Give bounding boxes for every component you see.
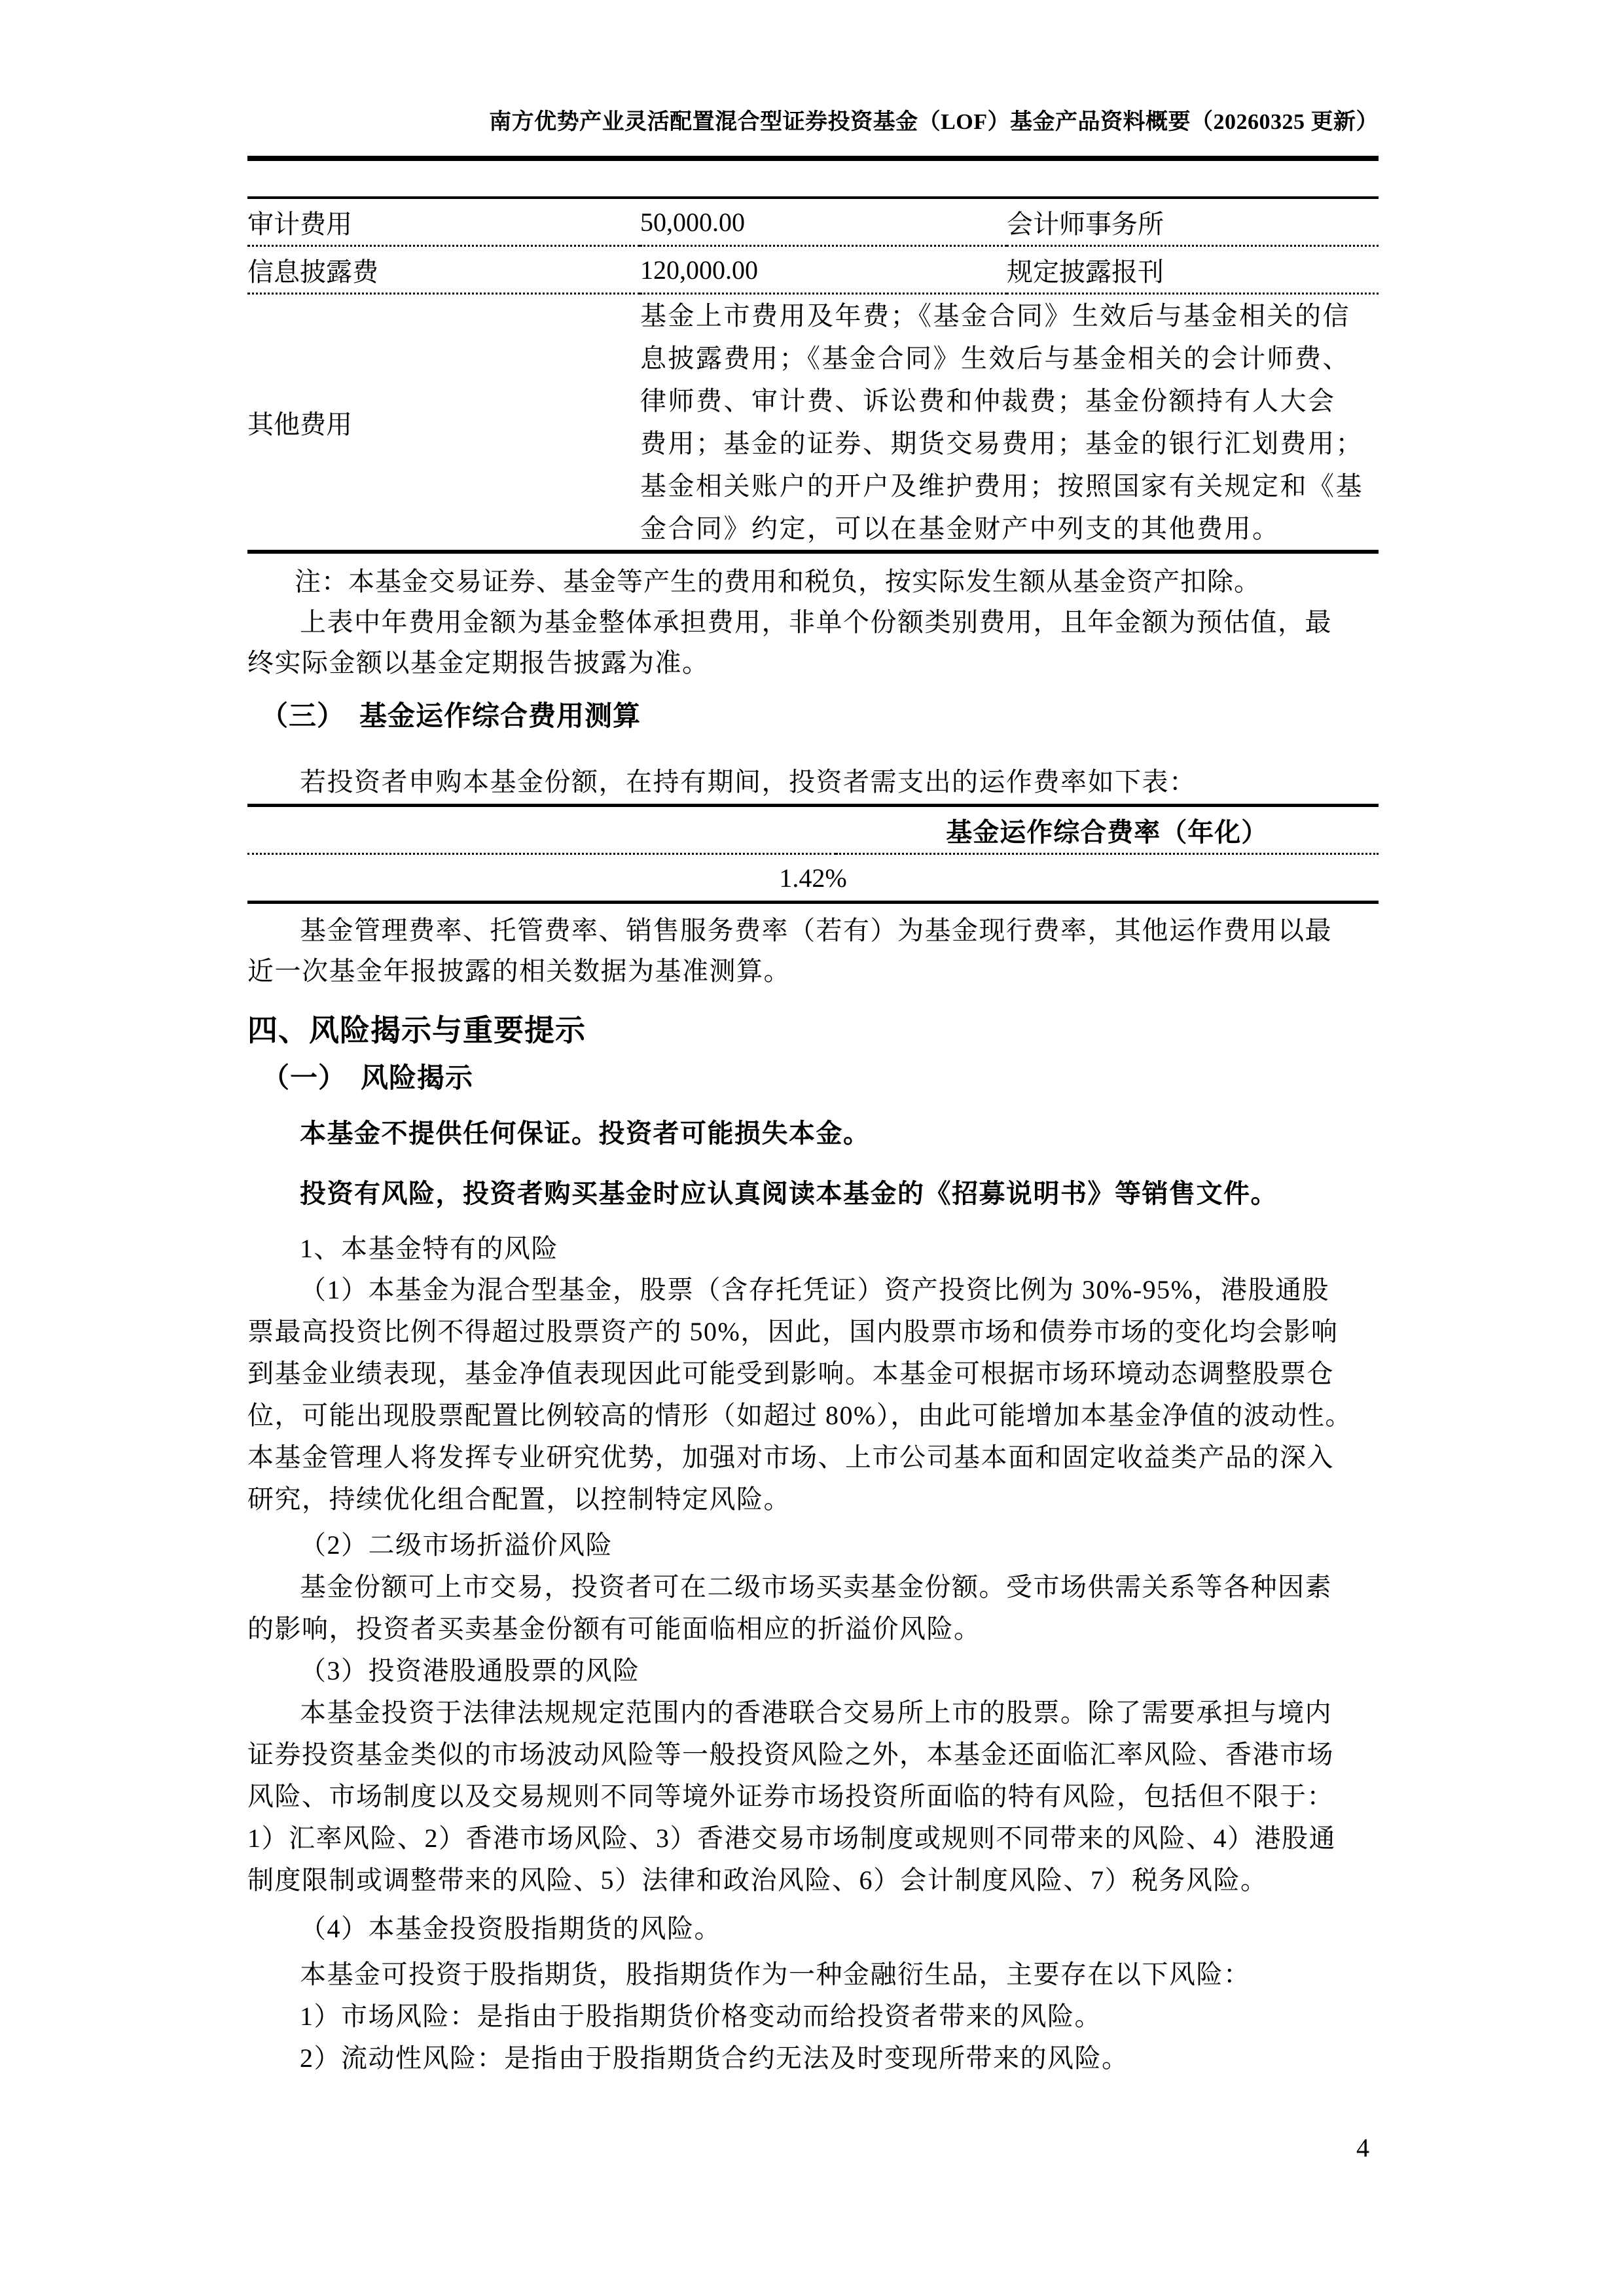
fee-table-note: 注：本基金交易证券、基金等产生的费用和税负，按实际发生额从基金资产扣除。 <box>247 562 1379 602</box>
fee-table-row-audit: 审计费用 50,000.00 会计师事务所 <box>247 198 1379 246</box>
fee-item-amount: 120,000.00 <box>640 246 1007 294</box>
section-heading-operation-cost: （三） 基金运作综合费用测算 <box>247 700 1379 733</box>
rate-value-cell: 1.42% <box>247 854 1379 903</box>
risk-warning-no-guarantee: 本基金不提供任何保证。投资者可能损失本金。 <box>247 1113 1379 1154</box>
rate-table-value-row: 1.42% <box>247 854 1379 903</box>
header-rule <box>247 156 1379 161</box>
risk-paragraph-2: 基金份额可上市交易，投资者可在二级市场买卖基金份额。受市场供需关系等各种因素 的… <box>247 1566 1379 1650</box>
risk-paragraph-3: 本基金投资于法律法规规定范围内的香港联合交易所上市的股票。除了需要承担与境内 证… <box>247 1692 1379 1901</box>
rate-blank-cell <box>247 806 836 854</box>
fee-table-row-disclosure: 信息披露费 120,000.00 规定披露报刊 <box>247 246 1379 294</box>
fee-table: 审计费用 50,000.00 会计师事务所 信息披露费 120,000.00 规… <box>247 196 1379 554</box>
fee-table-note-2: 上表中年费用金额为基金整体承担费用，非单个份额类别费用，且年金额为预估值，最 终… <box>247 602 1379 683</box>
fee-item-amount: 50,000.00 <box>640 198 1007 246</box>
rate-table-header-row: 基金运作综合费率（年化） <box>247 806 1379 854</box>
risk-paragraph-1: （1）本基金为混合型基金，股票（含存托凭证）资产投资比例为 30%-95%，港股… <box>247 1269 1379 1520</box>
fee-item-label: 其他费用 <box>247 294 640 552</box>
rate-table-intro: 若投资者申购本基金份额，在持有期间，投资者需支出的运作费率如下表： <box>247 762 1379 802</box>
risk-paragraph-4-item-1: 1）市场风险：是指由于股指期货价格变动而给投资者带来的风险。 <box>247 1996 1379 2037</box>
page-number: 4 <box>1356 2132 1369 2164</box>
risk-item-1-title: 1、本基金特有的风险 <box>247 1229 1379 1269</box>
risk-warning-read-prospectus: 投资有风险，投资者购买基金时应认真阅读本基金的《招募说明书》等销售文件。 <box>247 1174 1379 1214</box>
subsection-heading-risk: （一） 风险揭示 <box>247 1062 1379 1095</box>
risk-item-3-title: （3）投资港股通股票的风险 <box>247 1650 1379 1692</box>
risk-paragraph-4-intro: 本基金可投资于股指期货，股指期货作为一种金融衍生品，主要存在以下风险： <box>247 1954 1379 1996</box>
document-page: 南方优势产业灵活配置混合型证券投资基金（LOF）基金产品资料概要（2026032… <box>0 0 1624 2296</box>
risk-paragraph-4-item-2: 2）流动性风险：是指由于股指期货合约无法及时变现所带来的风险。 <box>247 2037 1379 2079</box>
fee-item-description: 基金上市费用及年费；《基金合同》生效后与基金相关的信 息披露费用；《基金合同》生… <box>640 294 1379 552</box>
risk-item-2-title: （2）二级市场折溢价风险 <box>247 1524 1379 1566</box>
fee-table-row-other: 其他费用 基金上市费用及年费；《基金合同》生效后与基金相关的信 息披露费用；《基… <box>247 294 1379 552</box>
rate-table-note: 基金管理费率、托管费率、销售服务费率（若有）为基金现行费率，其他运作费用以最 近… <box>247 910 1379 992</box>
rate-header-cell: 基金运作综合费率（年化） <box>836 806 1379 854</box>
fee-item-payee: 规定披露报刊 <box>1007 246 1379 294</box>
fee-item-label: 信息披露费 <box>247 246 640 294</box>
risk-item-4-title: （4）本基金投资股指期货的风险。 <box>247 1908 1379 1950</box>
section-heading-risk-disclosure: 四、风险揭示与重要提示 <box>247 1013 1379 1049</box>
fee-item-label: 审计费用 <box>247 198 640 246</box>
document-title: 南方优势产业灵活配置混合型证券投资基金（LOF）基金产品资料概要（2026032… <box>247 107 1379 137</box>
fee-item-payee: 会计师事务所 <box>1007 198 1379 246</box>
operation-rate-table: 基金运作综合费率（年化） 1.42% <box>247 804 1379 904</box>
